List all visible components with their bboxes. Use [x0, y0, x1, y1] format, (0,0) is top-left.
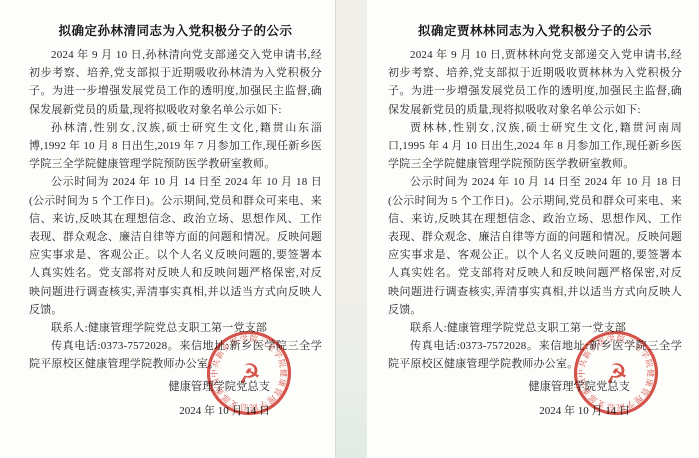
document-2-contact-line: 联系人:健康管理学院党总支职工第一党支部 — [388, 319, 682, 337]
document-1-paragraph: 公示时间为 2024 年 10 月 14 日至 2024 年 10 月 18 日… — [29, 173, 322, 319]
document-1-content: 拟确定孙林清同志为入党积极分子的公示 2024 年 9 月 10 日,孙林清向党… — [0, 0, 335, 434]
document-1-signature: 健康管理学院党总支 — [29, 378, 322, 396]
document-2-signature: 健康管理学院党总支 — [388, 378, 682, 396]
document-1-paragraph: 2024 年 9 月 10 日,孙林清向党支部递交入党申请书,经初步考察、培养,… — [29, 46, 322, 119]
document-2-date: 2024 年 10 月 14 日 — [388, 402, 682, 420]
document-1-contact-line: 联系人:健康管理学院党总支职工第一党支部 — [29, 319, 322, 337]
document-2-title: 拟确定贾林林同志为入党积极分子的公示 — [388, 24, 682, 39]
document-page-1: 拟确定孙林清同志为入党积极分子的公示 2024 年 9 月 10 日,孙林清向党… — [0, 0, 335, 458]
document-1-title: 拟确定孙林清同志为入党积极分子的公示 — [29, 24, 322, 39]
document-2-address-line: 传真电话:0373-7572028。来信地址:新乡医学院三全学院平原校区健康管理… — [388, 337, 682, 373]
document-2-paragraph: 公示时间为 2024 年 10 月 14 日至 2024 年 10 月 18 日… — [388, 173, 682, 319]
document-2-content: 拟确定贾林林同志为入党积极分子的公示 2024 年 9 月 10 日,贾林林向党… — [367, 0, 699, 434]
page-divider — [335, 0, 369, 458]
document-1-paragraph: 孙林清,性别女,汉族,硕士研究生文化,籍贯山东淄博,1992 年 10 月 8 … — [29, 119, 322, 174]
document-page-2: 拟确定贾林林同志为入党积极分子的公示 2024 年 9 月 10 日,贾林林向党… — [367, 0, 699, 458]
document-1-date: 2024 年 10 月 14 日 — [29, 402, 322, 420]
document-2-paragraph: 贾林林,性别女,汉族,硕士研究生文化,籍贯河南周口,1995 年 4 月 10 … — [388, 119, 682, 174]
document-2-paragraph: 2024 年 9 月 10 日,贾林林向党支部递交入党申请书,经初步考察、培养,… — [388, 46, 682, 119]
document-1-address-line: 传真电话:0373-7572028。来信地址:新乡医学院三全学院平原校区健康管理… — [29, 337, 322, 373]
